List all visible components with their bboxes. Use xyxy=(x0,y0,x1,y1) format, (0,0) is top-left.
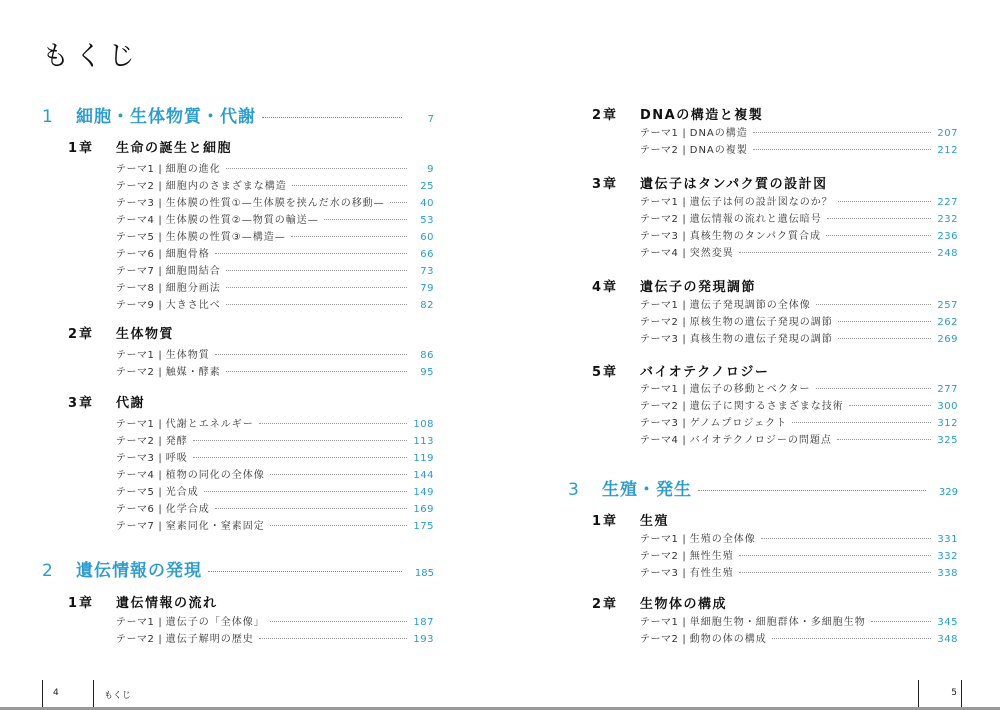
toc-chapter[interactable]: 1章 生殖 xyxy=(592,510,669,529)
toc-theme-row[interactable]: テーマ6|細胞骨格66 xyxy=(116,245,434,262)
theme-number: テーマ1 xyxy=(640,124,678,139)
dot-leader xyxy=(270,474,407,475)
theme-title: 細胞骨格 xyxy=(166,245,210,260)
page-number: 9 xyxy=(412,164,434,175)
page-number: 73 xyxy=(412,266,434,277)
toc-chapter[interactable]: 3章 代謝 xyxy=(68,392,145,411)
theme-title: 突然変異 xyxy=(690,244,734,259)
theme-number: テーマ4 xyxy=(640,431,678,446)
toc-theme-row[interactable]: テーマ1|遺伝子の「全体像」187 xyxy=(116,613,434,630)
separator: | xyxy=(158,232,161,243)
page-number: 95 xyxy=(412,367,434,378)
dot-leader xyxy=(739,555,931,556)
dot-leader xyxy=(838,338,931,339)
theme-number: テーマ2 xyxy=(116,177,154,192)
page-number: 207 xyxy=(936,128,958,139)
page-number: 325 xyxy=(936,435,958,446)
toc-theme-row[interactable]: テーマ3|真核生物の遺伝子発現の調節269 xyxy=(640,330,958,347)
chapter-number: 5章 xyxy=(592,361,640,380)
page-number: 144 xyxy=(412,470,434,481)
chapter-number: 1章 xyxy=(68,592,116,611)
dot-leader xyxy=(226,168,407,169)
page-number: 300 xyxy=(936,401,958,412)
separator: | xyxy=(682,300,685,311)
toc-theme-row[interactable]: テーマ2|無性生殖332 xyxy=(640,547,958,564)
theme-number: テーマ9 xyxy=(116,296,154,311)
toc-chapter[interactable]: 2章 生物体の構成 xyxy=(592,593,727,612)
theme-number: テーマ3 xyxy=(640,564,678,579)
separator: | xyxy=(682,617,685,628)
toc-theme-row[interactable]: テーマ2|DNAの複製212 xyxy=(640,141,958,158)
page-title: もくじ xyxy=(42,34,141,73)
separator: | xyxy=(682,334,685,345)
toc-chapter[interactable]: 2章 生体物質 xyxy=(68,323,174,342)
theme-number: テーマ7 xyxy=(116,517,154,532)
folio: 4 xyxy=(43,680,93,707)
theme-title: 生体膜の性質②—物質の輸送— xyxy=(166,211,319,226)
chapter-number: 3章 xyxy=(68,392,116,411)
page-number: 185 xyxy=(408,568,434,579)
toc-theme-row[interactable]: テーマ1|単細胞生物・細胞群体・多細胞生物345 xyxy=(640,613,958,630)
theme-number: テーマ1 xyxy=(116,415,154,430)
page-number: 86 xyxy=(412,350,434,361)
dot-leader xyxy=(324,219,407,220)
theme-title: 遺伝子発現調節の全体像 xyxy=(690,296,811,311)
separator: | xyxy=(682,568,685,579)
toc-theme-row[interactable]: テーマ4|植物の同化の全体像144 xyxy=(116,466,434,483)
theme-title: 無性生殖 xyxy=(690,547,734,562)
toc-theme-row[interactable]: テーマ9|大きさ比べ82 xyxy=(116,296,434,313)
theme-number: テーマ3 xyxy=(640,414,678,429)
toc-theme-row[interactable]: テーマ3|真核生物のタンパク質合成236 xyxy=(640,227,958,244)
page-footer: 4 もくじ xyxy=(42,680,131,707)
toc-part-3[interactable]: 3 生殖・発生 329 xyxy=(568,475,958,500)
page-footer: 5 xyxy=(918,680,962,707)
theme-title: 動物の体の構成 xyxy=(690,630,767,645)
theme-number: テーマ2 xyxy=(640,397,678,412)
separator: | xyxy=(682,214,685,225)
toc-part-2[interactable]: 2 遺伝情報の発現 185 xyxy=(42,556,434,581)
toc-theme-row[interactable]: テーマ1|生殖の全体像331 xyxy=(640,530,958,547)
dot-leader xyxy=(772,638,931,639)
separator: | xyxy=(158,181,161,192)
theme-number: テーマ1 xyxy=(116,346,154,361)
toc-theme-row[interactable]: テーマ1|細胞の進化9 xyxy=(116,160,434,177)
dot-leader xyxy=(816,304,931,305)
dot-leader xyxy=(753,132,931,133)
chapter-title: 遺伝情報の流れ xyxy=(116,592,218,611)
theme-number: テーマ8 xyxy=(116,279,154,294)
page-number: 7 xyxy=(408,114,434,125)
separator: | xyxy=(158,350,161,361)
toc-theme-row[interactable]: テーマ1|遺伝子は何の設計図なのか？227 xyxy=(640,193,958,210)
page-number: 269 xyxy=(936,334,958,345)
separator: | xyxy=(158,215,161,226)
toc-theme-row[interactable]: テーマ8|細胞分画法79 xyxy=(116,279,434,296)
page-number: 329 xyxy=(932,487,958,498)
separator: | xyxy=(682,231,685,242)
dot-leader xyxy=(270,621,407,622)
running-title: もくじ xyxy=(94,680,131,707)
theme-title: 呼吸 xyxy=(166,449,188,464)
dot-leader xyxy=(837,439,931,440)
separator: | xyxy=(682,145,685,156)
separator: | xyxy=(158,470,161,481)
separator: | xyxy=(158,634,161,645)
part-number: 1 xyxy=(42,107,76,127)
separator: | xyxy=(682,384,685,395)
page-number: 277 xyxy=(936,384,958,395)
theme-number: テーマ3 xyxy=(640,227,678,242)
separator: | xyxy=(158,367,161,378)
dot-leader xyxy=(226,371,407,372)
page-number: 338 xyxy=(936,568,958,579)
separator: | xyxy=(158,300,161,311)
dot-leader xyxy=(826,235,931,236)
separator: | xyxy=(158,617,161,628)
page-number: 119 xyxy=(412,453,434,464)
theme-number: テーマ5 xyxy=(116,228,154,243)
toc-theme-row[interactable]: テーマ4|バイオテクノロジーの問題点325 xyxy=(640,431,958,448)
theme-title: 遺伝子解明の歴史 xyxy=(166,630,254,645)
part-title: 細胞・生体物質・代謝 xyxy=(76,102,256,127)
theme-title: 窒素同化・窒素固定 xyxy=(166,517,265,532)
theme-title: 遺伝子に関するさまざまな技術 xyxy=(690,397,844,412)
page-number: 113 xyxy=(412,436,434,447)
page-number: 348 xyxy=(936,634,958,645)
theme-title: 光合成 xyxy=(166,483,199,498)
theme-number: テーマ4 xyxy=(116,466,154,481)
toc-theme-row[interactable]: テーマ1|DNAの構造207 xyxy=(640,124,958,141)
dot-leader xyxy=(838,321,931,322)
page-number: 236 xyxy=(936,231,958,242)
theme-title: 植物の同化の全体像 xyxy=(166,466,265,481)
page-number: 82 xyxy=(412,300,434,311)
footer-rule xyxy=(961,680,962,707)
page-number: 108 xyxy=(412,419,434,430)
folio: 5 xyxy=(919,680,961,707)
theme-title: 細胞分画法 xyxy=(166,279,221,294)
dot-leader xyxy=(226,287,407,288)
toc-theme-row[interactable]: テーマ2|遺伝子に関するさまざまな技術300 xyxy=(640,397,958,414)
toc-theme-row[interactable]: テーマ1|代謝とエネルギー108 xyxy=(116,415,434,432)
theme-number: テーマ1 xyxy=(640,613,678,628)
page-number: 257 xyxy=(936,300,958,311)
theme-title: 真核生物のタンパク質合成 xyxy=(690,227,821,242)
theme-title: 化学合成 xyxy=(166,500,210,515)
theme-number: テーマ1 xyxy=(640,380,678,395)
dot-leader xyxy=(204,491,407,492)
separator: | xyxy=(158,419,161,430)
separator: | xyxy=(158,283,161,294)
theme-number: テーマ1 xyxy=(116,613,154,628)
toc-chapter[interactable]: 1章 遺伝情報の流れ xyxy=(68,592,218,611)
chapter-title: 生体物質 xyxy=(116,323,174,342)
theme-title: 遺伝子は何の設計図なのか？ xyxy=(690,193,833,208)
chapter-number: 3章 xyxy=(592,173,640,192)
separator: | xyxy=(682,317,685,328)
separator: | xyxy=(158,436,161,447)
toc-theme-row[interactable]: テーマ3|呼吸119 xyxy=(116,449,434,466)
toc-theme-row[interactable]: テーマ2|触媒・酵素95 xyxy=(116,363,434,380)
dot-leader xyxy=(215,354,407,355)
toc-theme-row[interactable]: テーマ3|生体膜の性質①—生体膜を挟んだ水の移動—40 xyxy=(116,194,434,211)
chapter-title: DNAの構造と複製 xyxy=(640,104,763,123)
toc-theme-row[interactable]: テーマ4|生体膜の性質②—物質の輸送—53 xyxy=(116,211,434,228)
separator: | xyxy=(682,634,685,645)
dot-leader xyxy=(215,253,407,254)
toc-theme-row[interactable]: テーマ1|生体物質86 xyxy=(116,346,434,363)
separator: | xyxy=(682,435,685,446)
toc-theme-row[interactable]: テーマ5|生体膜の性質③—構造—60 xyxy=(116,228,434,245)
toc-theme-row[interactable]: テーマ2|動物の体の構成348 xyxy=(640,630,958,647)
toc-theme-row[interactable]: テーマ1|遺伝子の移動とベクター277 xyxy=(640,380,958,397)
page-number: 262 xyxy=(936,317,958,328)
dot-leader xyxy=(259,638,407,639)
toc-theme-row[interactable]: テーマ2|遺伝子解明の歴史193 xyxy=(116,630,434,647)
theme-number: テーマ1 xyxy=(640,193,678,208)
chapter-title: 生命の誕生と細胞 xyxy=(116,137,232,156)
page-number: 169 xyxy=(412,504,434,515)
page-number: 345 xyxy=(936,617,958,628)
dot-leader xyxy=(792,422,931,423)
separator: | xyxy=(158,521,161,532)
toc-chapter[interactable]: 5章 バイオテクノロジー xyxy=(592,361,769,380)
dot-leader xyxy=(816,388,931,389)
theme-number: テーマ2 xyxy=(116,363,154,378)
theme-title: 遺伝子の「全体像」 xyxy=(166,613,265,628)
theme-number: テーマ1 xyxy=(640,530,678,545)
theme-title: 大きさ比べ xyxy=(166,296,221,311)
page-number: 40 xyxy=(412,198,434,209)
chapter-title: 代謝 xyxy=(116,392,145,411)
separator: | xyxy=(158,164,161,175)
separator: | xyxy=(682,248,685,259)
chapter-number: 2章 xyxy=(592,593,640,612)
dot-leader xyxy=(390,202,407,203)
toc-part-1[interactable]: 1 細胞・生体物質・代謝 7 xyxy=(42,102,434,127)
theme-number: テーマ3 xyxy=(116,194,154,209)
separator: | xyxy=(158,266,161,277)
dot-leader xyxy=(291,236,407,237)
separator: | xyxy=(682,418,685,429)
dot-leader xyxy=(838,201,931,202)
chapter-number: 4章 xyxy=(592,276,640,295)
page-number: 60 xyxy=(412,232,434,243)
page-number: 312 xyxy=(936,418,958,429)
page-number: 53 xyxy=(412,215,434,226)
toc-chapter[interactable]: 4章 遺伝子の発現調節 xyxy=(592,276,756,295)
theme-number: テーマ1 xyxy=(116,160,154,175)
part-number: 2 xyxy=(42,561,76,581)
theme-title: 細胞の進化 xyxy=(166,160,221,175)
theme-title: DNAの構造 xyxy=(690,124,748,139)
page-number: 232 xyxy=(936,214,958,225)
dot-leader xyxy=(739,572,931,573)
theme-number: テーマ6 xyxy=(116,500,154,515)
theme-number: テーマ5 xyxy=(116,483,154,498)
theme-number: テーマ3 xyxy=(116,449,154,464)
toc-chapter[interactable]: 2章 DNAの構造と複製 xyxy=(592,104,763,123)
dot-leader xyxy=(698,490,926,491)
separator: | xyxy=(682,401,685,412)
toc-chapter[interactable]: 1章 生命の誕生と細胞 xyxy=(68,137,232,156)
toc-theme-row[interactable]: テーマ2|発酵113 xyxy=(116,432,434,449)
dot-leader xyxy=(761,538,931,539)
page-number: 66 xyxy=(412,249,434,260)
theme-number: テーマ4 xyxy=(640,244,678,259)
toc-chapter[interactable]: 3章 遺伝子はタンパク質の設計図 xyxy=(592,173,828,192)
chapter-title: 遺伝子の発現調節 xyxy=(640,276,756,295)
separator: | xyxy=(682,551,685,562)
dot-leader xyxy=(259,423,407,424)
toc-theme-row[interactable]: テーマ1|遺伝子発現調節の全体像257 xyxy=(640,296,958,313)
separator: | xyxy=(158,198,161,209)
theme-title: 有性生殖 xyxy=(690,564,734,579)
theme-number: テーマ7 xyxy=(116,262,154,277)
theme-title: バイオテクノロジーの問題点 xyxy=(690,431,832,446)
dot-leader xyxy=(292,185,407,186)
page-number: 149 xyxy=(412,487,434,498)
theme-title: 生殖の全体像 xyxy=(690,530,756,545)
theme-number: テーマ2 xyxy=(116,432,154,447)
dot-leader xyxy=(226,270,407,271)
separator: | xyxy=(158,453,161,464)
theme-title: 原核生物の遺伝子発現の調節 xyxy=(690,313,833,328)
dot-leader xyxy=(739,252,931,253)
theme-title: 細胞間結合 xyxy=(166,262,221,277)
toc-theme-row[interactable]: テーマ3|有性生殖338 xyxy=(640,564,958,581)
page-number: 248 xyxy=(936,248,958,259)
chapter-title: 生物体の構成 xyxy=(640,593,727,612)
left-page: もくじ 1 細胞・生体物質・代謝 7 1章 生命の誕生と細胞 テーマ1|細胞の進… xyxy=(0,0,500,707)
page-number: 331 xyxy=(936,534,958,545)
toc-theme-row[interactable]: テーマ2|遺伝情報の流れと遺伝暗号232 xyxy=(640,210,958,227)
theme-number: テーマ2 xyxy=(640,630,678,645)
theme-title: DNAの複製 xyxy=(690,141,748,156)
page-number: 25 xyxy=(412,181,434,192)
dot-leader xyxy=(208,571,402,572)
theme-title: 発酵 xyxy=(166,432,188,447)
chapter-number: 1章 xyxy=(592,510,640,529)
dot-leader xyxy=(753,149,931,150)
chapter-title: バイオテクノロジー xyxy=(640,361,769,380)
page-number: 227 xyxy=(936,197,958,208)
theme-number: テーマ2 xyxy=(640,210,678,225)
theme-title: 生体膜の性質③—構造— xyxy=(166,228,286,243)
dot-leader xyxy=(849,405,931,406)
theme-title: 代謝とエネルギー xyxy=(166,415,254,430)
theme-title: 遺伝情報の流れと遺伝暗号 xyxy=(690,210,822,225)
chapter-number: 1章 xyxy=(68,137,116,156)
toc-theme-row[interactable]: テーマ2|細胞内のさまざまな構造25 xyxy=(116,177,434,194)
toc-theme-row[interactable]: テーマ5|光合成149 xyxy=(116,483,434,500)
theme-title: ゲノムプロジェクト xyxy=(690,414,787,429)
dot-leader xyxy=(193,440,407,441)
separator: | xyxy=(158,487,161,498)
toc-theme-row[interactable]: テーマ4|突然変異248 xyxy=(640,244,958,261)
dot-leader xyxy=(871,621,931,622)
toc-theme-row[interactable]: テーマ7|窒素同化・窒素固定175 xyxy=(116,517,434,534)
chapter-title: 生殖 xyxy=(640,510,669,529)
dot-leader xyxy=(270,525,407,526)
theme-number: テーマ6 xyxy=(116,245,154,260)
dot-leader xyxy=(827,218,931,219)
theme-number: テーマ3 xyxy=(640,330,678,345)
separator: | xyxy=(682,197,685,208)
page-number: 193 xyxy=(412,634,434,645)
theme-title: 真核生物の遺伝子発現の調節 xyxy=(690,330,833,345)
dot-leader xyxy=(193,457,407,458)
theme-number: テーマ2 xyxy=(640,547,678,562)
theme-title: 細胞内のさまざまな構造 xyxy=(166,177,287,192)
theme-title: 生体膜の性質①—生体膜を挟んだ水の移動— xyxy=(166,194,385,209)
theme-number: テーマ2 xyxy=(640,313,678,328)
part-number: 3 xyxy=(568,480,602,500)
theme-title: 触媒・酵素 xyxy=(166,363,221,378)
theme-number: テーマ2 xyxy=(116,630,154,645)
toc-theme-row[interactable]: テーマ7|細胞間結合73 xyxy=(116,262,434,279)
toc-theme-row[interactable]: テーマ2|原核生物の遺伝子発現の調節262 xyxy=(640,313,958,330)
dot-leader xyxy=(226,304,407,305)
toc-theme-row[interactable]: テーマ6|化学合成169 xyxy=(116,500,434,517)
separator: | xyxy=(158,504,161,515)
page-number: 79 xyxy=(412,283,434,294)
separator: | xyxy=(682,534,685,545)
separator: | xyxy=(158,249,161,260)
part-title: 生殖・発生 xyxy=(602,475,692,500)
theme-number: テーマ1 xyxy=(640,296,678,311)
theme-number: テーマ4 xyxy=(116,211,154,226)
toc-theme-row[interactable]: テーマ3|ゲノムプロジェクト312 xyxy=(640,414,958,431)
dot-leader xyxy=(215,508,407,509)
part-title: 遺伝情報の発現 xyxy=(76,556,202,581)
chapter-title: 遺伝子はタンパク質の設計図 xyxy=(640,173,828,192)
theme-title: 生体物質 xyxy=(166,346,210,361)
page-number: 332 xyxy=(936,551,958,562)
chapter-number: 2章 xyxy=(592,104,640,123)
chapter-number: 2章 xyxy=(68,323,116,342)
separator: | xyxy=(682,128,685,139)
page-number: 187 xyxy=(412,617,434,628)
dot-leader xyxy=(262,117,402,118)
page-number: 212 xyxy=(936,145,958,156)
page-number: 175 xyxy=(412,521,434,532)
theme-title: 単細胞生物・細胞群体・多細胞生物 xyxy=(690,613,866,628)
theme-number: テーマ2 xyxy=(640,141,678,156)
right-page: 2章 DNAの構造と複製 テーマ1|DNAの構造207テーマ2|DNAの複製21… xyxy=(500,0,1000,707)
theme-title: 遺伝子の移動とベクター xyxy=(690,380,811,395)
